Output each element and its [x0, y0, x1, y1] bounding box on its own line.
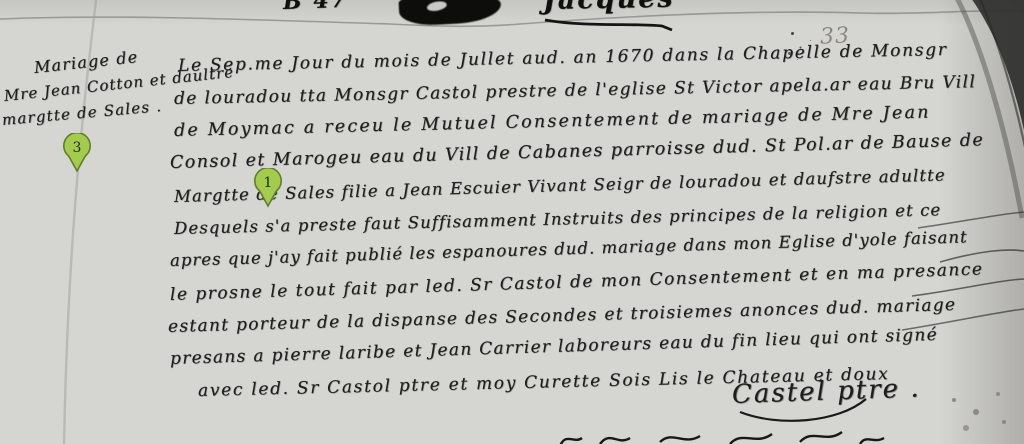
top-fragment-right: Jacques: [543, 0, 675, 16]
binding-edge-shadow: [939, 0, 1024, 444]
pin-label: 3: [73, 140, 82, 156]
top-edge-shadow: [0, 0, 1024, 26]
paper-stain-speckles: [952, 398, 956, 402]
pin-label: 1: [264, 175, 273, 191]
map-pin-icon: 3: [62, 133, 92, 173]
top-fragment-left: B 47: [283, 0, 349, 15]
record-viewer-canvas: B 47 Jacques 33 Mariage de Mre Jean Cott…: [0, 0, 1024, 444]
marker-pin-3[interactable]: 3: [62, 133, 92, 173]
marker-pin-1[interactable]: 1: [253, 168, 283, 208]
map-pin-icon: 1: [253, 168, 283, 208]
ink-blot-highlight: [426, 0, 447, 13]
ink-speckles: [791, 32, 794, 35]
